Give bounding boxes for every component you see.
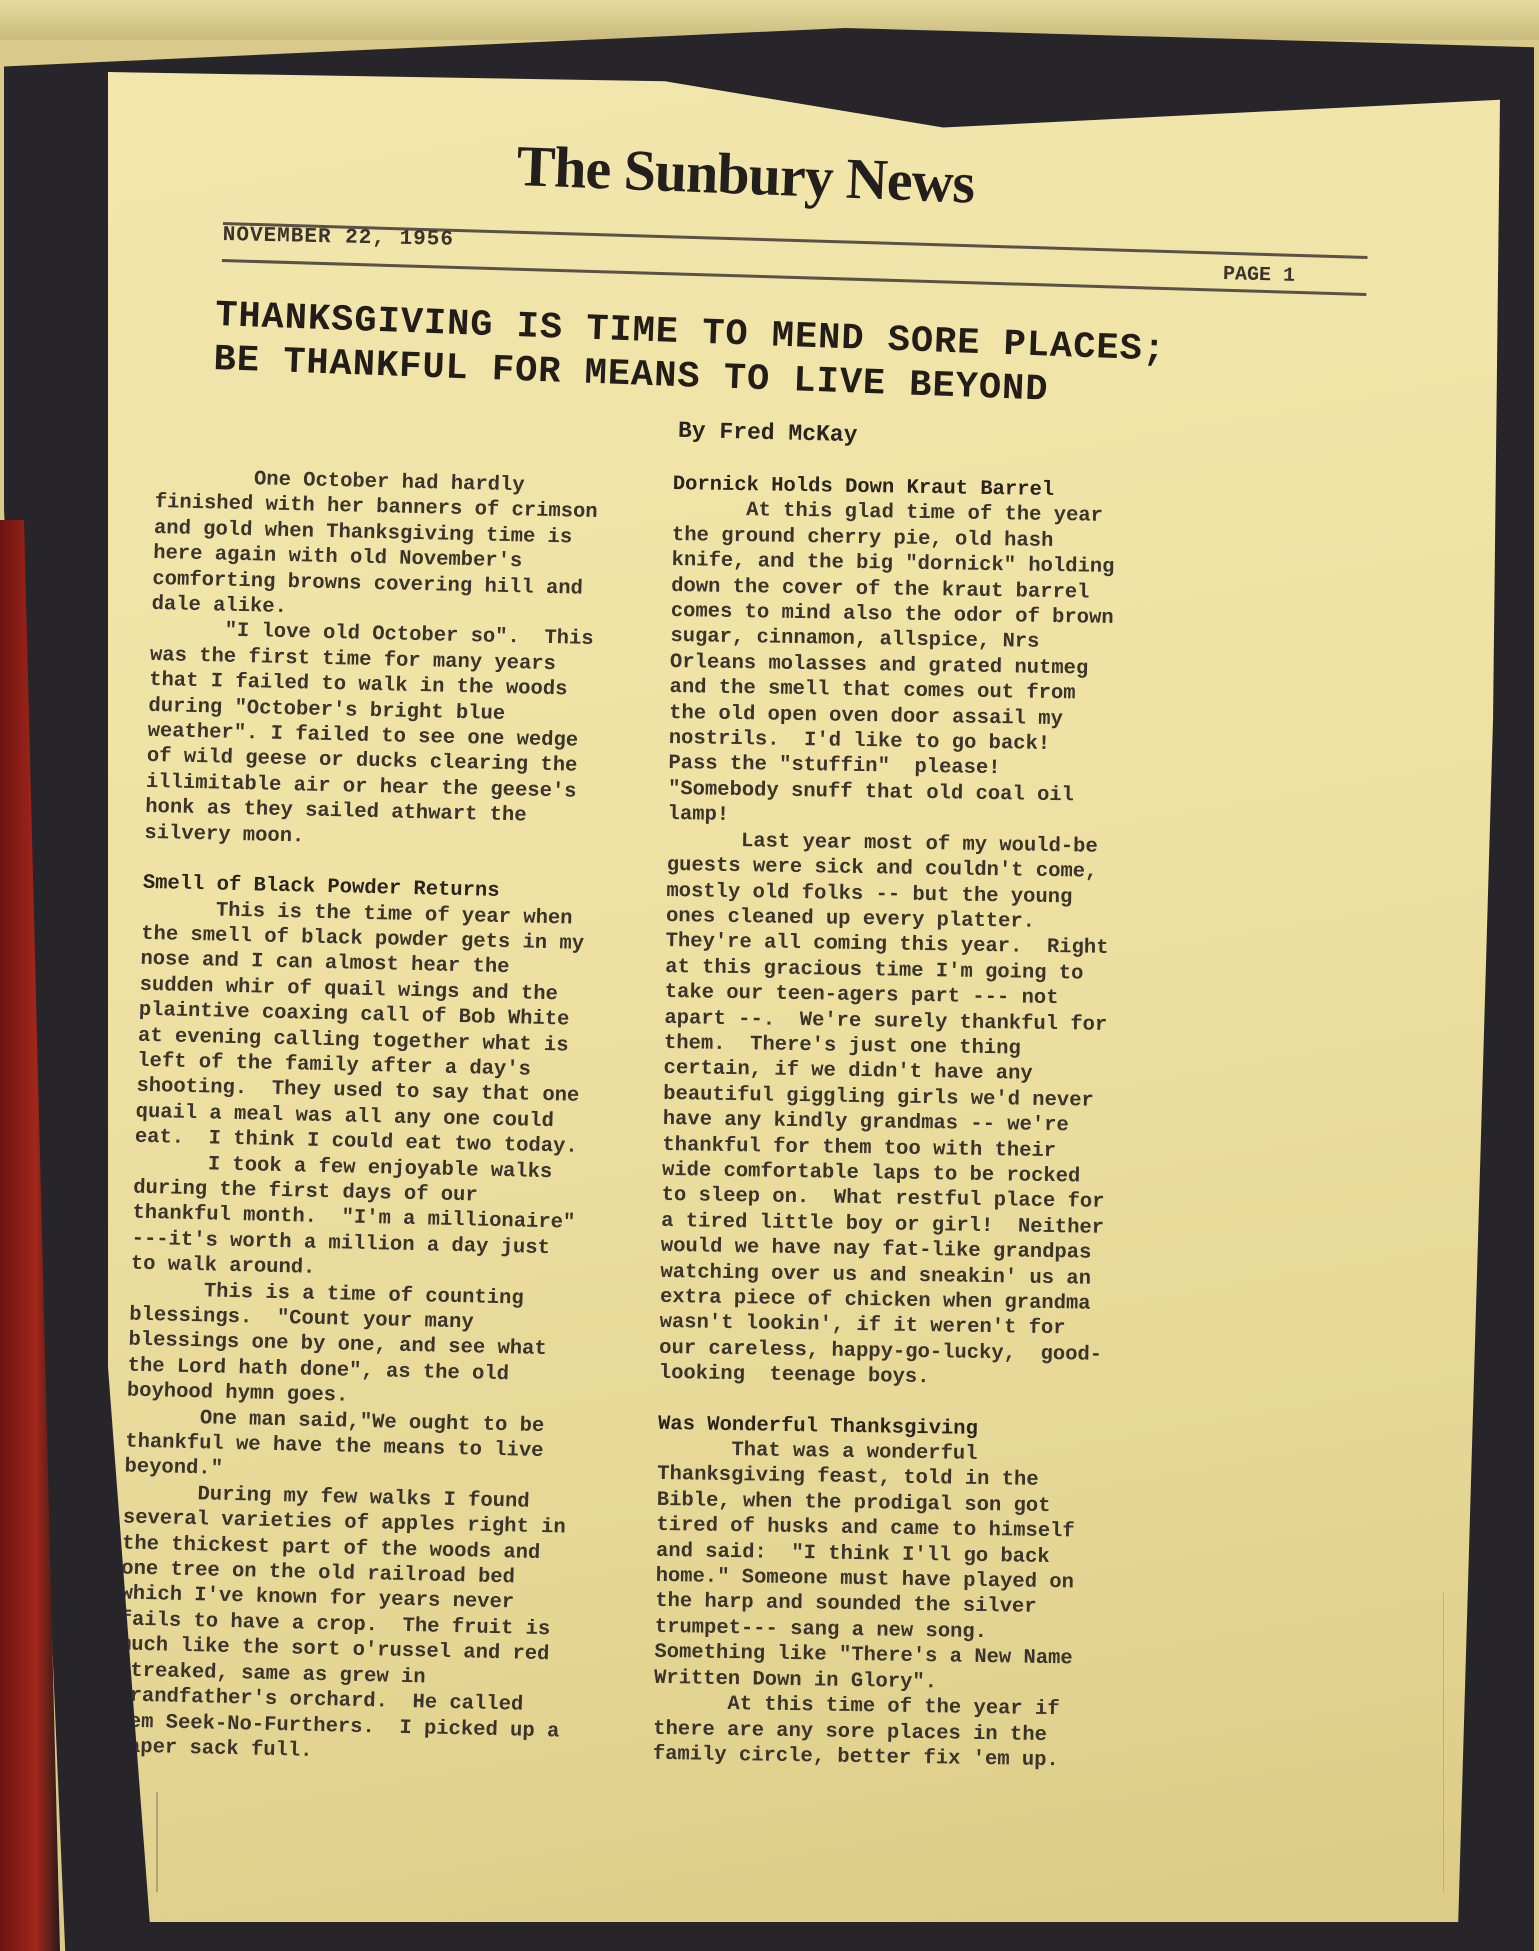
left-column: One October had hardlyfinished with her … xyxy=(115,465,598,1770)
page-number: PAGE 1 xyxy=(1223,263,1296,288)
newspaper-page: The Sunbury News NOVEMBER 22, 1956 PAGE … xyxy=(108,72,1500,1922)
margin-mark xyxy=(1443,1592,1444,1892)
masthead-title: The Sunbury News xyxy=(515,132,1157,224)
issue-date: NOVEMBER 22, 1956 xyxy=(223,224,455,252)
article-byline: By Fred McKay xyxy=(678,418,858,448)
right-column: Dornick Holds Down Kraut Barrel At this … xyxy=(653,472,1116,1774)
article-headline: THANKSGIVING IS TIME TO MEND SORE PLACES… xyxy=(213,294,1415,426)
margin-mark xyxy=(156,1792,158,1892)
